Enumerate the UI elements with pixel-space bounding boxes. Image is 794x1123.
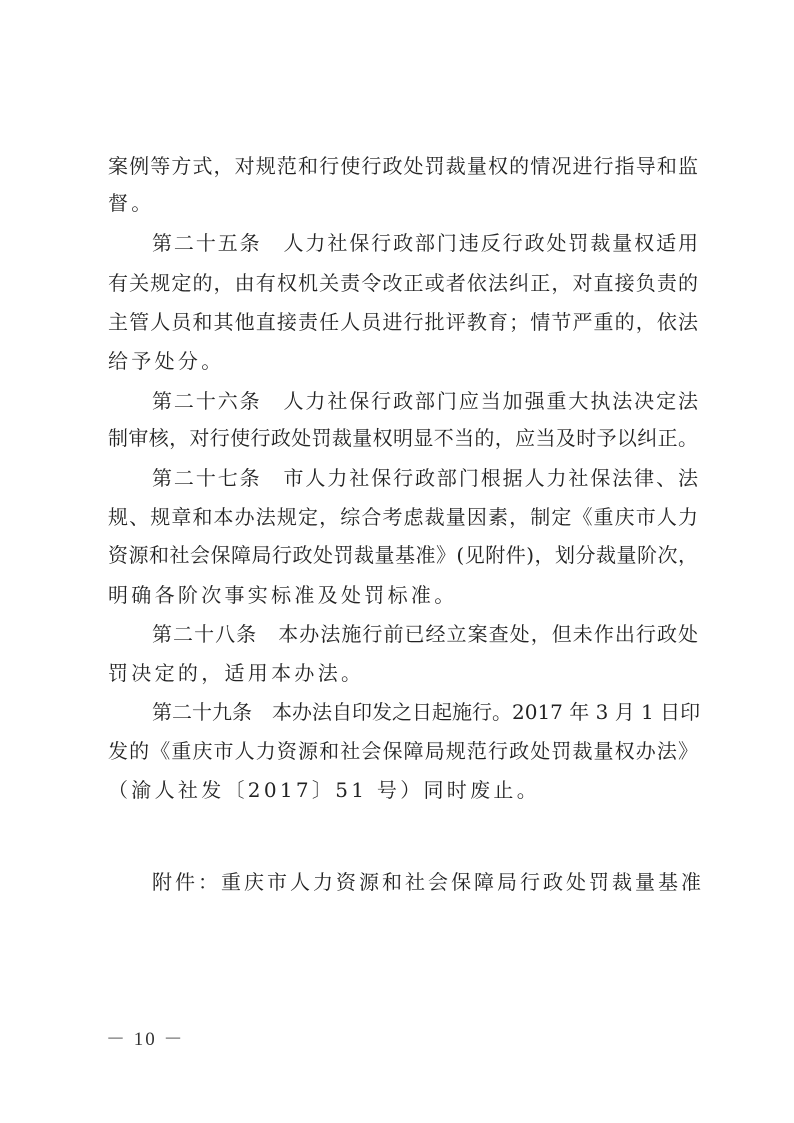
article-26-line: 第二十六条 人力社保行政部门应当加强重大执法决定法 <box>152 388 698 414</box>
article-25-line: 第二十五条 人力社保行政部门违反行政处罚裁量权适用 <box>152 230 698 256</box>
article-25-line: 有关规定的，由有权机关责令改正或者依法纠正，对直接负责的 <box>108 270 698 296</box>
article-29-line: （渝人社发〔2017〕51 号）同时废止。 <box>108 777 698 803</box>
article-29-line: 发的《重庆市人力资源和社会保障局规范行政处罚裁量权办法》 <box>108 738 698 764</box>
article-27-line: 资源和社会保障局行政处罚裁量基准》(见附件)，划分裁量阶次， <box>108 542 698 568</box>
attachment-line: 附件：重庆市人力资源和社会保障局行政处罚裁量基准 <box>152 869 698 895</box>
paragraph-line: 督。 <box>108 190 698 216</box>
article-25-line: 给予处分。 <box>108 348 698 374</box>
document-page: 案例等方式，对规范和行使行政处罚裁量权的情况进行指导和监 督。 第二十五条 人力… <box>0 0 794 1123</box>
page-number: － 10 － <box>106 1024 185 1051</box>
article-28-line: 罚决定的，适用本办法。 <box>108 660 698 686</box>
article-29-line: 第二十九条 本办法自印发之日起施行。2017 年 3 月 1 日印 <box>152 699 698 725</box>
article-27-line: 第二十七条 市人力社保行政部门根据人力社保法律、法 <box>152 465 698 491</box>
article-28-line: 第二十八条 本办法施行前已经立案查处，但未作出行政处 <box>152 621 698 647</box>
article-25-line: 主管人员和其他直接责任人员进行批评教育；情节严重的，依法 <box>108 309 698 335</box>
article-27-line: 明确各阶次事实标准及处罚标准。 <box>108 582 698 608</box>
article-27-line: 规、规章和本办法规定，综合考虑裁量因素，制定《重庆市人力 <box>108 504 698 530</box>
paragraph-line: 案例等方式，对规范和行使行政处罚裁量权的情况进行指导和监 <box>108 153 698 179</box>
article-26-line: 制审核，对行使行政处罚裁量权明显不当的，应当及时予以纠正。 <box>108 425 698 451</box>
